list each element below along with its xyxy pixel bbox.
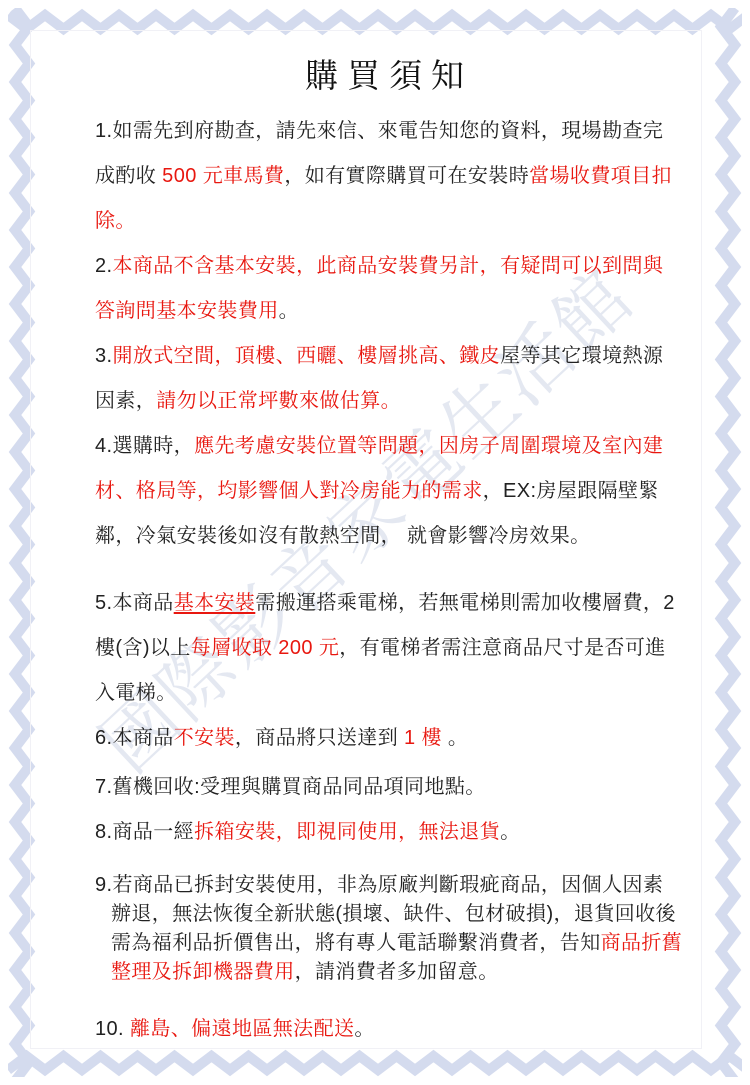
item-number: 7. bbox=[95, 776, 112, 798]
notice-item: 1.如需先到府勘查，請先來信、來電告知您的資料，現場勘查完成酌收 500 元車馬… bbox=[95, 109, 683, 244]
item-number: 8. bbox=[95, 821, 112, 843]
text-segment: 商品一經 bbox=[112, 821, 194, 843]
page-title: 購買須知 bbox=[95, 53, 683, 99]
notice-page: 國際影音家電生活館 購買須知 1.如需先到府勘查，請先來信、來電告知您的資料，現… bbox=[0, 0, 750, 1085]
item-number: 6. bbox=[95, 727, 112, 749]
item-number: 5. bbox=[95, 592, 112, 614]
notice-item: 8.商品一經拆箱安裝，即視同使用，無法退貨。 bbox=[95, 810, 683, 855]
notice-list: 1.如需先到府勘查，請先來信、來電告知您的資料，現場勘查完成酌收 500 元車馬… bbox=[95, 109, 683, 1052]
text-segment: 開放式空間，頂樓、西曬、樓層挑高、鐵皮 bbox=[112, 345, 500, 367]
text-segment: 請勿以正常坪數來做估算。 bbox=[156, 390, 401, 412]
notice-item: 4.選購時，應先考慮安裝位置等問題，因房子周圍環境及室內建材、格局等，均影響個人… bbox=[95, 424, 683, 559]
item-number: 1. bbox=[95, 120, 112, 142]
notice-content: 購買須知 1.如需先到府勘查，請先來信、來電告知您的資料，現場勘查完成酌收 50… bbox=[30, 30, 702, 1049]
text-segment: 不安裝 bbox=[174, 727, 235, 749]
item-number: 10. bbox=[95, 1018, 124, 1040]
text-segment: 本商品不含基本安裝，此商品安裝費另計，有疑問可以到問與答詢問基本安裝費用 bbox=[95, 255, 663, 322]
text-segment: 拆箱安裝，即視同使用，無法退貨 bbox=[194, 821, 500, 843]
notice-item: 2.本商品不含基本安裝，此商品安裝費另計，有疑問可以到問與答詢問基本安裝費用。 bbox=[95, 244, 683, 334]
notice-item: 7.舊機回收:受理與購買商品同品項同地點。 bbox=[95, 765, 683, 810]
border-right-zigzag bbox=[714, 8, 742, 1077]
item-number: 4. bbox=[95, 435, 112, 457]
text-segment: ，商品將只送達到 bbox=[235, 727, 398, 749]
text-segment: 離島、偏遠地區無法配送 bbox=[130, 1018, 354, 1040]
notice-item: 5.本商品基本安裝需搬運搭乘電梯，若無電梯則需加收樓層費，2 樓(含)以上每層收… bbox=[95, 581, 683, 716]
text-segment: 本商品 bbox=[112, 592, 173, 614]
text-segment: ，如有實際購買可在安裝時 bbox=[284, 165, 529, 187]
text-segment: 本商品 bbox=[112, 727, 173, 749]
text-segment: ，請消費者多加留意。 bbox=[295, 961, 499, 983]
text-segment: 1 樓 bbox=[398, 727, 448, 749]
item-number: 9. bbox=[95, 874, 112, 896]
text-segment: 每層收取 200 元 bbox=[191, 637, 339, 659]
notice-item: 9.若商品已拆封安裝使用，非為原廠判斷瑕疵商品，因個人因素辦退，無法恢復全新狀態… bbox=[95, 871, 683, 987]
text-segment: 。 bbox=[354, 1018, 374, 1040]
text-segment: 選購時， bbox=[112, 435, 194, 457]
notice-item: 3.開放式空間，頂樓、西曬、樓層挑高、鐵皮屋等其它環境熱源因素，請勿以正常坪數來… bbox=[95, 334, 683, 424]
text-segment: 舊機回收:受理與購買商品同品項同地點。 bbox=[112, 776, 485, 798]
item-number: 3. bbox=[95, 345, 112, 367]
text-segment: 500 元車馬費 bbox=[162, 165, 284, 187]
text-segment: 若商品已拆封安裝使用，非為原廠判斷瑕疵商品，因個人因素辦退，無法恢復全新狀態(損… bbox=[111, 874, 676, 954]
text-segment: 。 bbox=[448, 727, 468, 749]
notice-item: 6.本商品不安裝，商品將只送達到 1 樓 。 bbox=[95, 716, 683, 761]
text-segment: 基本安裝 bbox=[174, 592, 256, 614]
text-segment: 。 bbox=[500, 821, 520, 843]
text-segment: 。 bbox=[279, 300, 299, 322]
item-number: 2. bbox=[95, 255, 112, 277]
notice-item: 10. 離島、偏遠地區無法配送。 bbox=[95, 1007, 683, 1052]
border-bottom-zigzag bbox=[8, 1049, 742, 1077]
